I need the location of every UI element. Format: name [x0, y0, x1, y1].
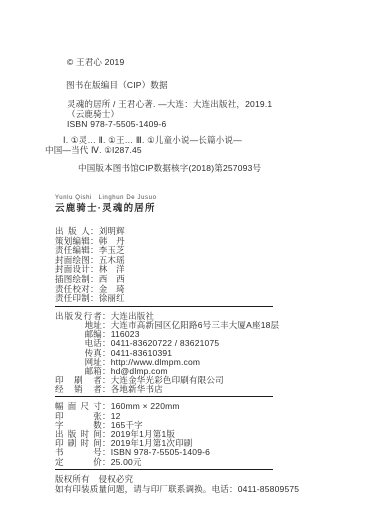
book-title: 云鹿骑士·灵魂的居所 — [55, 203, 375, 214]
quality-note: 如有印装质量问题，请与印厂联系调换。电话：0411-85809575 — [55, 484, 375, 494]
credit-label: 责任印制 — [55, 292, 90, 304]
cip-classification-line1: Ⅰ. ①灵… Ⅱ. ①王… Ⅲ. ①儿童小说—长篇小说— — [63, 135, 375, 145]
divider-rule-bottom — [55, 469, 273, 470]
cip-classification-line2: 中国—当代 Ⅳ. ①I287.45 — [45, 145, 375, 155]
cip-record: 灵魂的居所 / 王君心著. —大连：大连出版社，2019.1 （云鹿骑士） IS… — [67, 99, 375, 129]
printer-row: 印刷者：大连金华光彩色印刷有限公司 — [55, 374, 375, 383]
distributor-label: 经销者 — [55, 383, 102, 395]
credit-value: 徐丽红 — [99, 292, 125, 304]
word-count-row: 字数：165千字 — [55, 419, 375, 428]
specs-block: 幅面尺寸：160mm × 220mm 印张：12 字数：165千字 出版时间：2… — [55, 400, 375, 464]
label-colon: ： — [90, 292, 99, 304]
credit-row-proofreader: 责任校对：金 琦 — [55, 283, 375, 293]
footer-block: 版权所有 侵权必究 如有印装质量问题，请与印厂联系调换。电话：0411-8580… — [55, 474, 375, 494]
cip-record-series: （云鹿骑士） — [67, 109, 375, 119]
credit-row-interior-illustration: 插图绘制：西 西 — [55, 273, 375, 283]
trim-size-row: 幅面尺寸：160mm × 220mm — [55, 400, 375, 409]
phone-row: 电话：0411-83620722 / 83621075 — [55, 337, 375, 346]
credit-row-cover-illustration: 封面绘图：五木瑶 — [55, 254, 375, 264]
credit-row-planning-editor: 策划编辑：韩 丹 — [55, 235, 375, 245]
credit-row-print-supervisor: 责任印制：徐丽红 — [55, 292, 375, 302]
cip-registry-number: 中国版本图书馆CIP数据核字(2018)第257093号 — [78, 163, 375, 173]
website-row: 网址：http://www.dlmpm.com — [55, 356, 375, 365]
rights-statement: 版权所有 侵权必究 — [55, 474, 375, 484]
sheets-row: 印张：12 — [55, 410, 375, 419]
address-row: 地址：大连市高新园区亿阳路6号三丰大厦A座18层 — [55, 319, 375, 328]
publisher-block: 出版发行者：大连出版社 地址：大连市高新园区亿阳路6号三丰大厦A座18层 邮编：… — [55, 310, 375, 393]
spec-value: 25.00元 — [111, 456, 142, 468]
cip-record-isbn: ISBN 978-7-5505-1409-6 — [67, 119, 375, 129]
publish-date-row: 出版时间：2019年1月第1版 — [55, 428, 375, 437]
book-copyright-page: © 王君心 2019 图书在版编目（CIP）数据 灵魂的居所 / 王君心著. —… — [0, 0, 375, 516]
credit-row-publisher-person: 出版人：刘明辉 — [55, 225, 375, 235]
title-pinyin: Yunlu Qishi Linghun De Jusuo — [55, 195, 375, 202]
spec-value: 160mm × 220mm — [111, 401, 180, 411]
email-row: 邮箱：hd@dlmp.com — [55, 365, 375, 374]
publisher-row: 出版发行者：大连出版社 — [55, 310, 375, 319]
divider-rule-middle — [55, 396, 273, 397]
label-colon: ： — [102, 383, 111, 395]
cip-heading: 图书在版编目（CIP）数据 — [66, 80, 375, 90]
print-date-row: 印刷时间：2019年1月第1次印刷 — [55, 437, 375, 446]
credits-block: 出版人：刘明辉 策划编辑：韩 丹 责任编辑：李玉芝 封面绘图：五木瑶 封面设计：… — [55, 225, 375, 302]
price-row: 定价：25.00元 — [55, 456, 375, 465]
cip-record-line1: 灵魂的居所 / 王君心著. —大连：大连出版社，2019.1 — [67, 99, 375, 109]
isbn-row: 书号：ISBN 978-7-5505-1409-6 — [55, 446, 375, 455]
spec-label: 定价 — [55, 456, 102, 468]
distributor-value: 各地新华书店 — [111, 383, 163, 395]
credit-row-responsible-editor: 责任编辑：李玉芝 — [55, 244, 375, 254]
divider-rule-top — [55, 306, 273, 307]
title-block: Yunlu Qishi Linghun De Jusuo 云鹿骑士·灵魂的居所 — [55, 195, 375, 214]
copyright-notice: © 王君心 2019 — [67, 57, 375, 67]
credit-row-cover-design: 封面设计：林 洋 — [55, 263, 375, 273]
label-colon: ： — [102, 456, 111, 468]
